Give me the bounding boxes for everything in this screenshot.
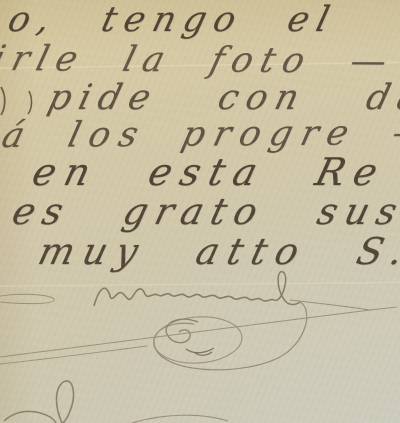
handwritten-line-5: en esta Re — [28,150,400,194]
signature-scrawl [94,288,274,306]
bottom-stroke [4,411,56,423]
flourish-oval [153,314,244,366]
bottom-ascender-loop [56,381,73,423]
flourish-sweep [154,302,307,370]
underline-return [290,300,370,310]
flourish-leadin [0,294,54,303]
closing-line: muy atto S. [34,230,400,273]
left-margin-tick [28,91,32,114]
flourish-curl [166,319,198,343]
paper-crease [0,281,400,288]
bottom-faint-arc [132,415,228,423]
handwritten-line-6: es grato sus — [8,190,400,233]
signature-ending-stroke [274,272,300,305]
handwritten-line-2: irle la foto — [0,39,399,82]
left-margin-fragment [1,87,5,115]
underline-long [0,307,397,357]
letter-photo: o, tengo el irle la foto — pide con da —… [0,0,400,423]
handwritten-line-3: pide con da — [44,78,400,118]
handwritten-line-1: o, tengo el [4,0,341,40]
flourish-scribble [186,348,214,355]
underline-lower [0,346,147,364]
